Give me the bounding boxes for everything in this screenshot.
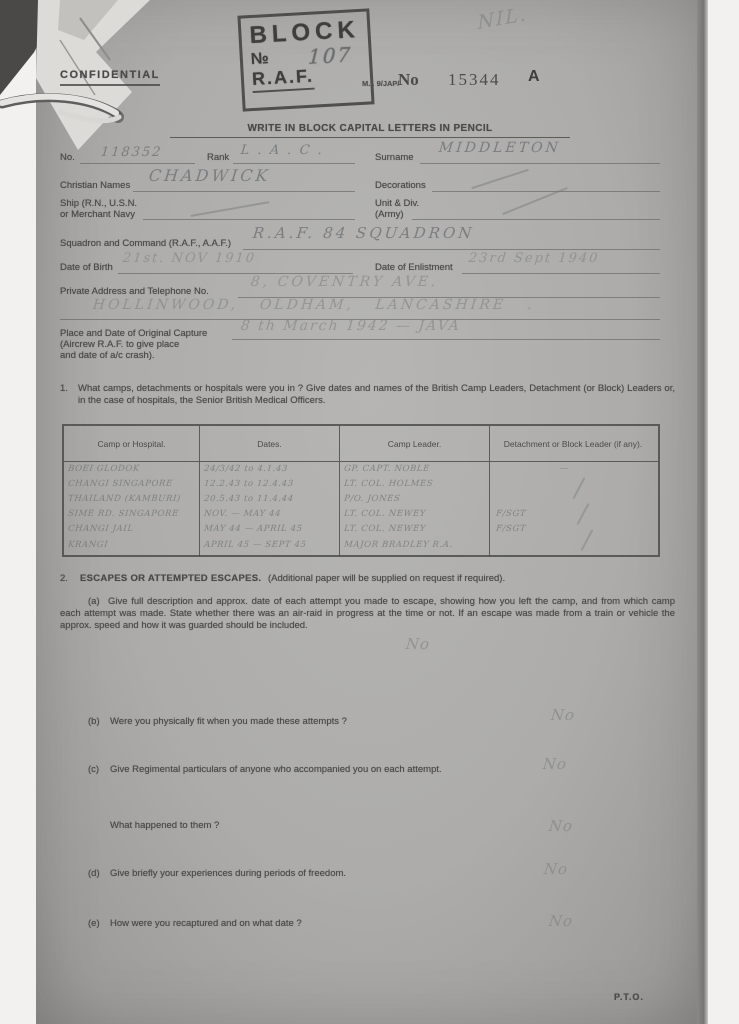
camp-cell: BOEI GLODOK [68,464,141,474]
q2a-text: Give full description and approx. date o… [60,596,675,632]
detachment-column: — F/SGT F/SGT [490,462,656,556]
field-label-ship-line1: Ship (R.N., U.S.N. [60,198,137,210]
q2a-answer: No [405,635,431,653]
field-label-address: Private Address and Telephone No. [60,286,209,298]
leader-cell: LT. COL. NEWEY [344,524,427,534]
field-value-no: 118352 [100,145,163,160]
field-label-surname: Surname [375,152,414,164]
col-header-leader: Camp Leader. [340,426,490,461]
field-line [143,218,355,220]
q1-number: 1. [60,383,74,395]
field-label-date-of-enlistment: Date of Enlistment [375,262,453,274]
q2-number: 2. [60,573,68,585]
field-value-capture: 8 th March 1942 — JAVA [240,318,462,334]
page-right-edge [697,0,708,1024]
col-header-detachment: Detachment or Block Leader (if any). [490,426,656,461]
field-value-address-line2: HOLLINWOOD, OLDHAM, LANCASHIRE . [92,297,536,313]
q2d-text: Give briefly your experiences during per… [110,868,530,880]
leader-cell: LT. COL. NEWEY [344,509,427,519]
q2c-text: Give Regimental particulars of anyone wh… [110,764,530,776]
camps-table-body: BOEI GLODOK CHANGI SINGAPORE THAILAND (K… [64,462,658,556]
field-label-capture-line2: (Aircrew R.A.F. to give place [60,339,179,351]
camp-column: BOEI GLODOK CHANGI SINGAPORE THAILAND (K… [64,462,200,556]
leader-column: GP. CAPT. NOBLE LT. COL. HOLMES P/O. JON… [340,462,490,556]
block-capitals-instruction: WRITE IN BLOCK CAPITAL LETTERS IN PENCIL [170,123,570,138]
field-label-unit-line1: Unit & Div. [375,198,419,210]
dates-cell: APRIL 45 — SEPT 45 [204,540,307,550]
field-value-address-line1: 8, COVENTRY AVE. [250,274,439,290]
leader-cell: GP. CAPT. NOBLE [344,464,431,474]
field-label-decorations: Decorations [375,180,426,192]
q2b-text: Were you physically fit when you made th… [110,716,470,728]
field-label-no: No. [60,152,75,164]
camp-cell: CHANGI SINGAPORE [68,479,174,489]
q2c-answer: No [542,755,568,773]
q2b-answer: No [550,706,576,724]
mi9-reference: M.I. 9/JAP/ [362,78,400,90]
q2b-label: (b) [88,716,100,728]
q2c2-answer: No [548,817,574,835]
serial-number-prefix: No [398,70,419,90]
detachment-cell: — [560,464,570,474]
field-label-date-of-birth: Date of Birth [60,262,113,274]
camp-cell: SIME RD. SINGAPORE [68,509,180,519]
camp-cell: KRANGI [68,540,109,550]
field-value-date-of-birth: 21st. NOV 1910 [122,251,257,266]
dates-cell: MAY 44 — APRIL 45 [204,524,303,534]
q1-text: What camps, detachments or hospitals wer… [78,383,675,407]
col-header-dates: Dates. [200,426,340,461]
camps-table: Camp or Hospital. Dates. Camp Leader. De… [62,424,660,557]
scanned-pow-form: { "header": { "confidential": "CONFIDENT… [0,0,739,1024]
serial-number: 15344 [448,70,501,90]
camp-cell: THAILAND (KAMBURI) [68,494,182,504]
q2e-label: (e) [88,918,100,930]
field-label-rank: Rank [207,152,229,164]
field-label-unit-line2: (Army) [375,209,404,221]
dates-cell: 24/3/42 to 4.1.43 [204,464,289,474]
block-number-stamp: BLOCK № 107 R.A.F. [237,8,374,111]
field-line [80,162,195,164]
field-label-squadron: Squadron and Command (R.A.F., A.A.F.) [60,238,231,250]
field-value-christian-names: CHADWICK [148,166,272,185]
field-value-date-of-enlistment: 23rd Sept 1940 [468,251,600,266]
q2d-answer: No [543,860,569,878]
dates-cell: 12.2.43 to 12.4.43 [204,479,294,489]
field-line [232,338,660,340]
q2c-label: (c) [88,764,99,776]
q2-note: (Additional paper will be supplied on re… [268,573,505,585]
pencil-slash [572,477,585,499]
field-value-rank: L . A . C . [240,143,325,158]
detachment-cell: F/SGT [496,509,527,519]
pencil-slash [576,503,589,525]
detachment-cell: F/SGT [496,524,527,534]
field-value-squadron: R.A.F. 84 SQUADRON [252,224,475,242]
dates-cell: 20.5.43 to 11.4.44 [204,494,294,504]
q2e-text: How were you recaptured and on what date… [110,918,530,930]
q2d-label: (d) [88,868,100,880]
leader-cell: P/O. JONES [344,494,401,504]
field-line [133,190,355,192]
q2c2-text: What happened to them ? [110,820,410,832]
leader-cell: MAJOR BRADLEY R.A. [344,540,454,550]
q2e-answer: No [548,912,574,930]
col-header-camp: Camp or Hospital. [64,426,200,461]
camps-table-header: Camp or Hospital. Dates. Camp Leader. De… [64,426,658,462]
pencil-slash [580,529,593,551]
pto-label: P.T.O. [614,992,644,1004]
dates-cell: NOV. — MAY 44 [204,509,282,519]
dates-column: 24/3/42 to 4.1.43 12.2.43 to 12.4.43 20.… [200,462,340,556]
field-label-christian-names: Christian Names [60,180,130,192]
field-line [233,162,355,164]
camp-cell: CHANGI JAIL [68,524,134,534]
stamp-block-number-handwritten: 107 [308,42,353,69]
leader-cell: LT. COL. HOLMES [344,479,434,489]
field-label-capture-line3: and date of a/c crash). [60,350,155,362]
field-line [420,162,660,164]
field-line [243,248,660,250]
field-line [432,190,660,192]
field-value-surname: MIDDLETON [438,140,562,156]
confidential-label: CONFIDENTIAL [60,70,160,86]
field-line [462,272,660,274]
field-label-capture-line1: Place and Date of Original Capture [60,328,207,340]
field-label-ship-line2: or Merchant Navy [60,209,135,221]
serial-suffix: A [528,68,540,86]
field-line [412,218,660,220]
q2-title: ESCAPES OR ATTEMPTED ESCAPES. [80,573,261,585]
stamp-line3: R.A.F. [251,66,314,93]
